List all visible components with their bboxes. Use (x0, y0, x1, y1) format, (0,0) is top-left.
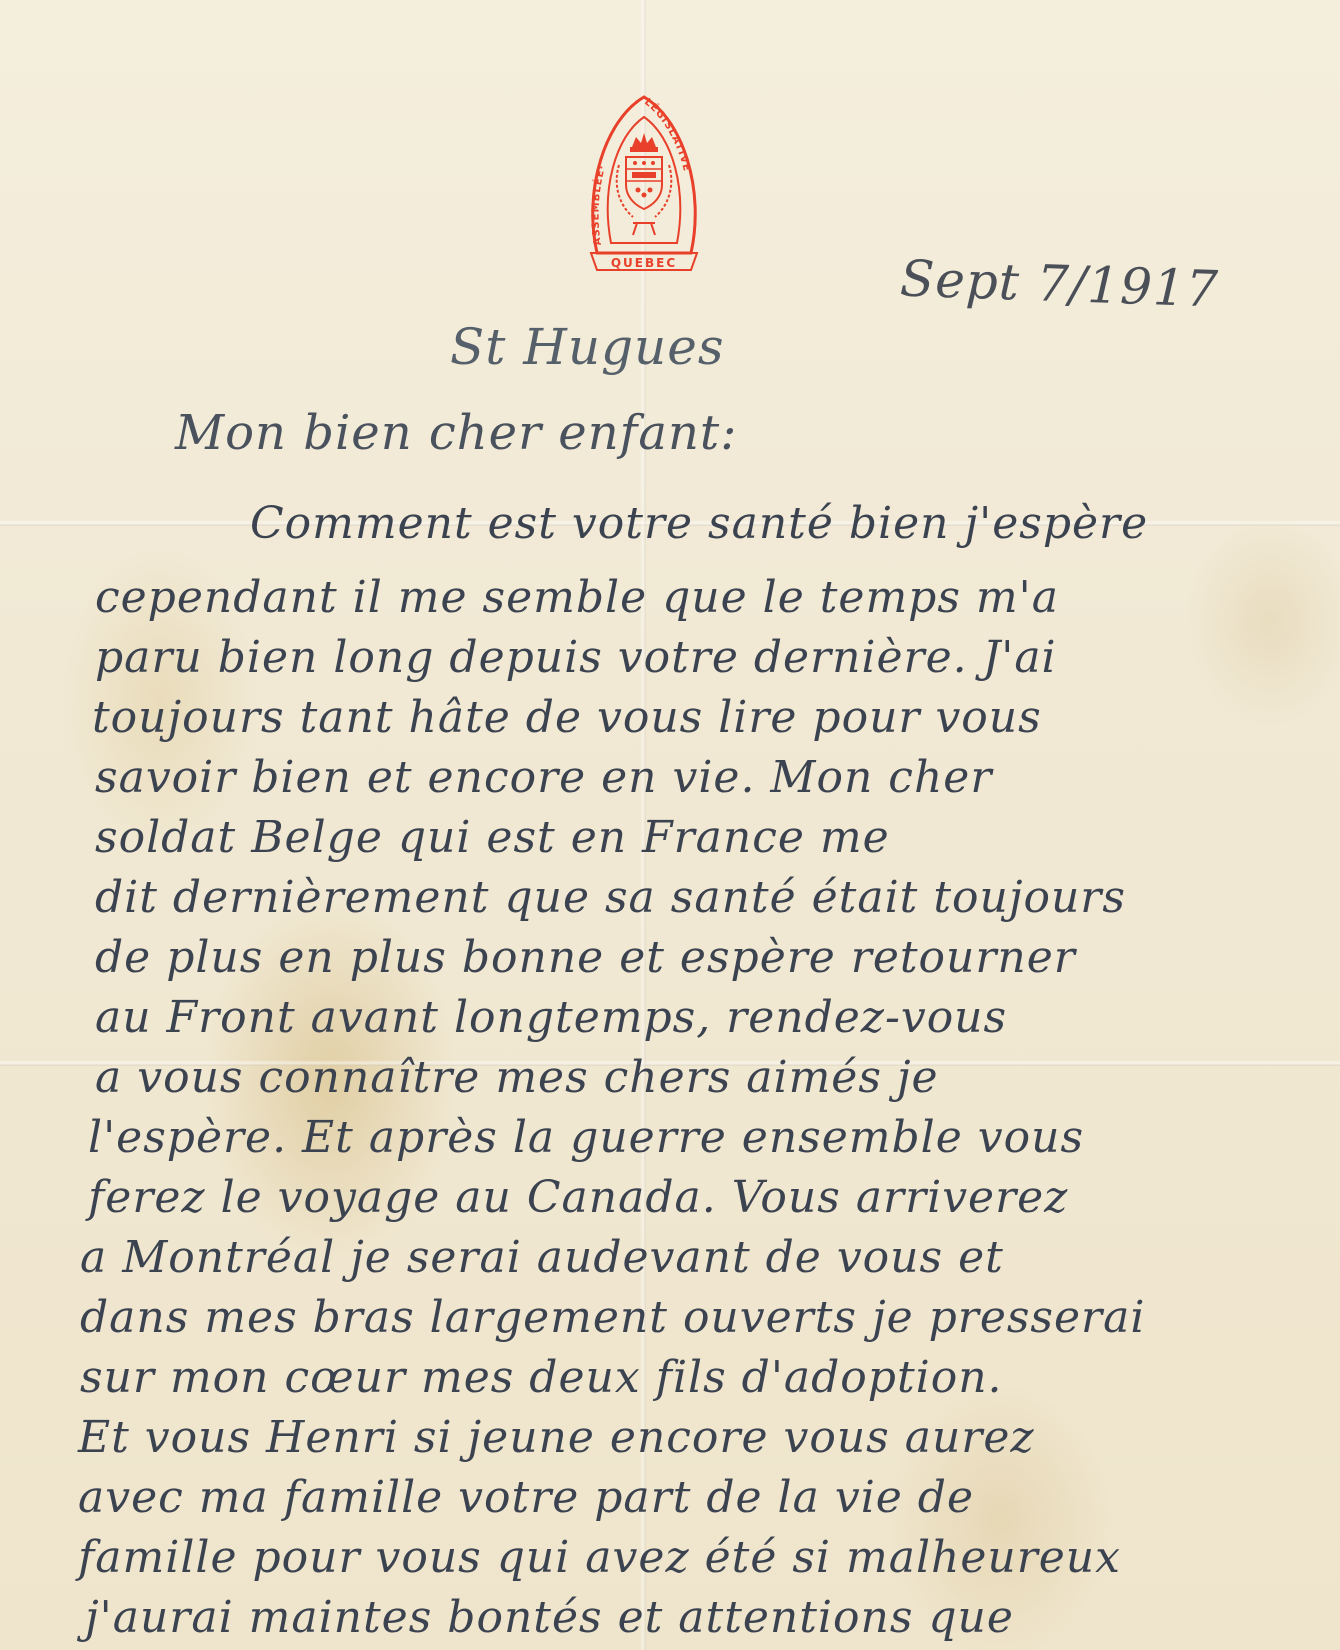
letter-place: St Hugues (450, 318, 725, 376)
letter-line: a vous connaître mes chers aimés je (95, 1052, 939, 1103)
svg-text:LÉGISLATIVE: LÉGISLATIVE (642, 97, 692, 173)
letter-line: l'espère. Et après la guerre ensemble vo… (88, 1112, 1084, 1163)
letter-line: dit dernièrement que sa santé était touj… (95, 872, 1126, 923)
letter-line: Comment est votre santé bien j'espère (250, 498, 1148, 549)
letter-salutation: Mon bien cher enfant: (175, 405, 737, 461)
letter-line: sur mon cœur mes deux fils d'adoption. (80, 1352, 1003, 1403)
letter-line: famille pour vous qui avez été si malheu… (78, 1532, 1121, 1583)
legislative-assembly-seal-icon: ASSEMBLÉE· LÉGISLATIVE QUEBEC (583, 95, 705, 275)
letter-line: soldat Belge qui est en France me (95, 812, 890, 863)
letter-line: cependant il me semble que le temps m'a (95, 572, 1059, 623)
letter-line: Et vous Henri si jeune encore vous aurez (78, 1412, 1035, 1463)
svg-text:ASSEMBLÉE·: ASSEMBLÉE· (591, 163, 609, 246)
letter-line: j'aurai maintes bontés et attentions que (85, 1592, 1014, 1643)
letter-line: au Front avant longtemps, rendez-vous (95, 992, 1007, 1043)
svg-text:QUEBEC: QUEBEC (611, 256, 677, 270)
letter-line: dans mes bras largement ouverts je press… (80, 1292, 1145, 1343)
letter-date: Sept 7/1917 (899, 249, 1220, 318)
letter-line: a Montréal je serai audevant de vous et (80, 1232, 1004, 1283)
letter-line: de plus en plus bonne et espère retourne… (95, 932, 1076, 983)
letter-line: avec ma famille votre part de la vie de (78, 1472, 974, 1523)
letter-line: toujours tant hâte de vous lire pour vou… (92, 692, 1042, 743)
letter-line: savoir bien et encore en vie. Mon cher (95, 752, 992, 803)
letter-line: ferez le voyage au Canada. Vous arrivere… (88, 1172, 1068, 1223)
letter-line: paru bien long depuis votre dernière. J'… (95, 632, 1057, 683)
letter-page: ASSEMBLÉE· LÉGISLATIVE QUEBEC Sept 7/191… (0, 0, 1340, 1650)
